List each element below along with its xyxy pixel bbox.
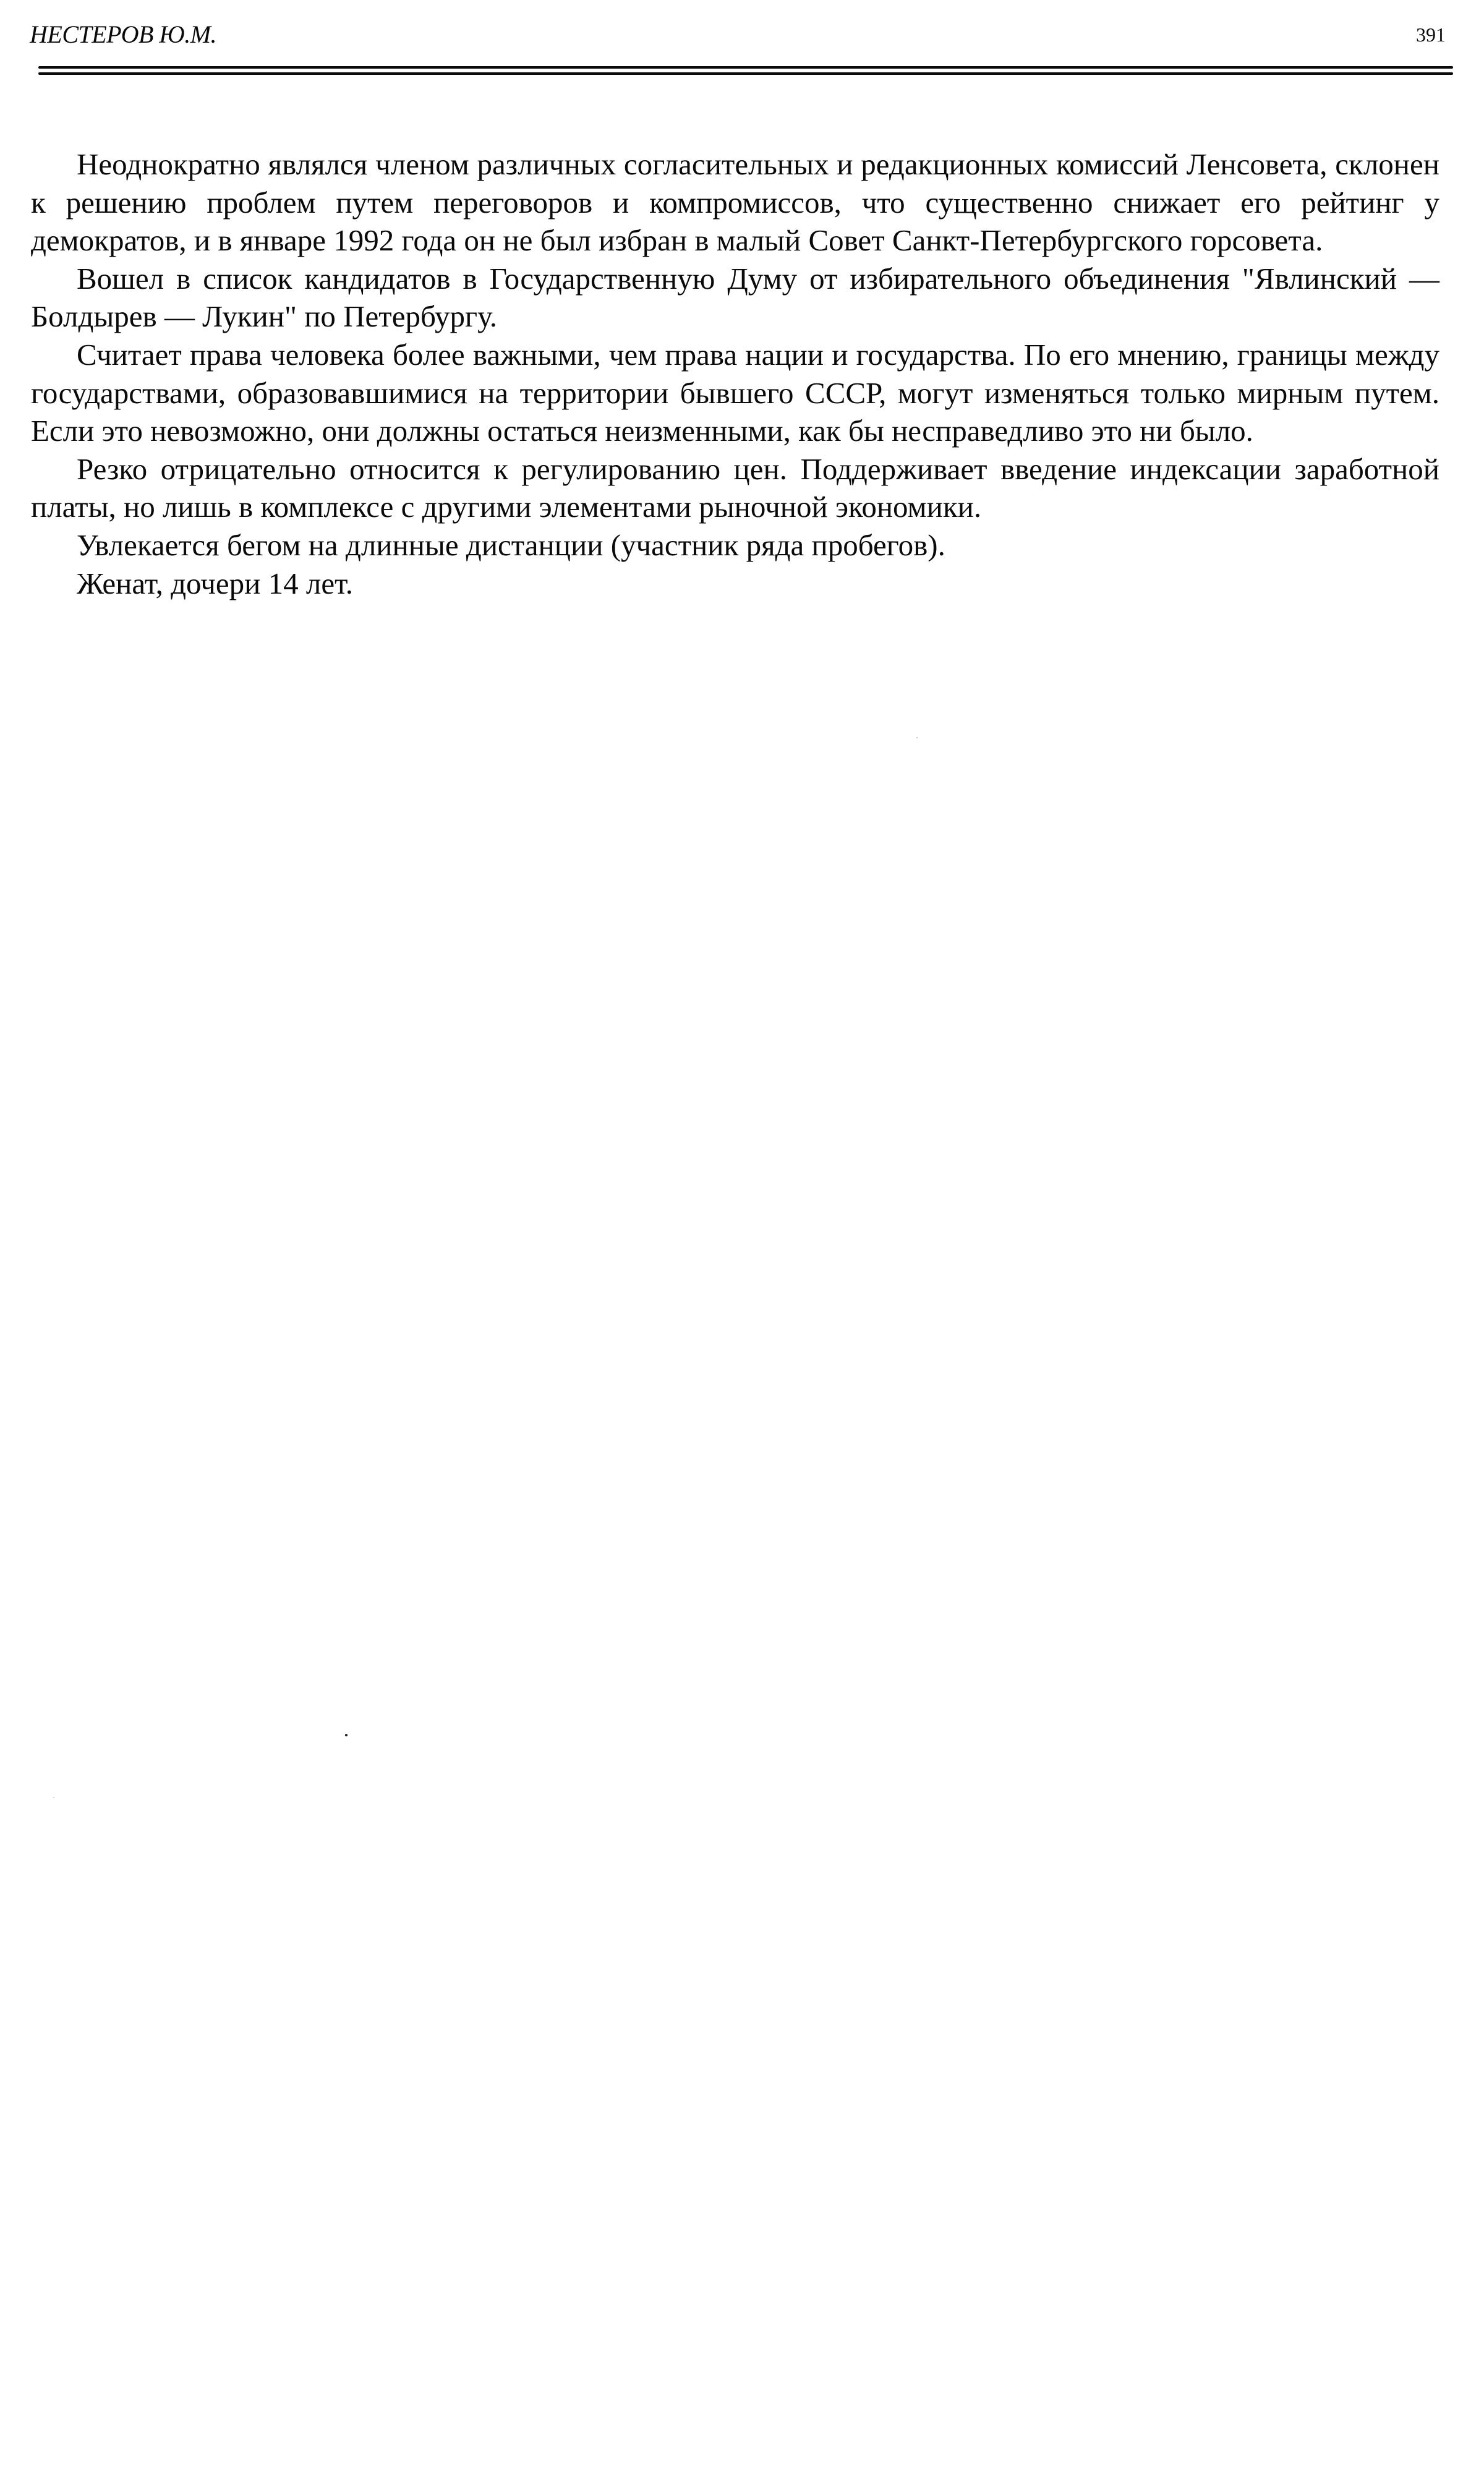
paragraph-duma-candidacy: Вошел в список кандидатов в Государствен… bbox=[31, 260, 1439, 336]
running-head: НЕСТЕРОВ Ю.М. bbox=[30, 19, 216, 51]
scan-speck bbox=[916, 737, 918, 738]
paragraph-commissions: Неоднократно являлся членом различных со… bbox=[31, 145, 1439, 260]
body-text: Неоднократно являлся членом различных со… bbox=[31, 145, 1439, 602]
header-rule-bottom bbox=[38, 72, 1453, 75]
header-rule-top bbox=[38, 66, 1453, 69]
page-number: 391 bbox=[1416, 19, 1446, 51]
paragraph-hobby: Увлекается бегом на длинные дистанции (у… bbox=[31, 526, 1439, 565]
paragraph-family: Женат, дочери 14 лет. bbox=[31, 565, 1439, 603]
paragraph-human-rights: Считает права человека более важными, че… bbox=[31, 336, 1439, 450]
scan-speck bbox=[345, 1734, 348, 1736]
scan-speck bbox=[53, 1797, 54, 1798]
paragraph-price-regulation: Резко отрицательно относится к регулиров… bbox=[31, 450, 1439, 526]
